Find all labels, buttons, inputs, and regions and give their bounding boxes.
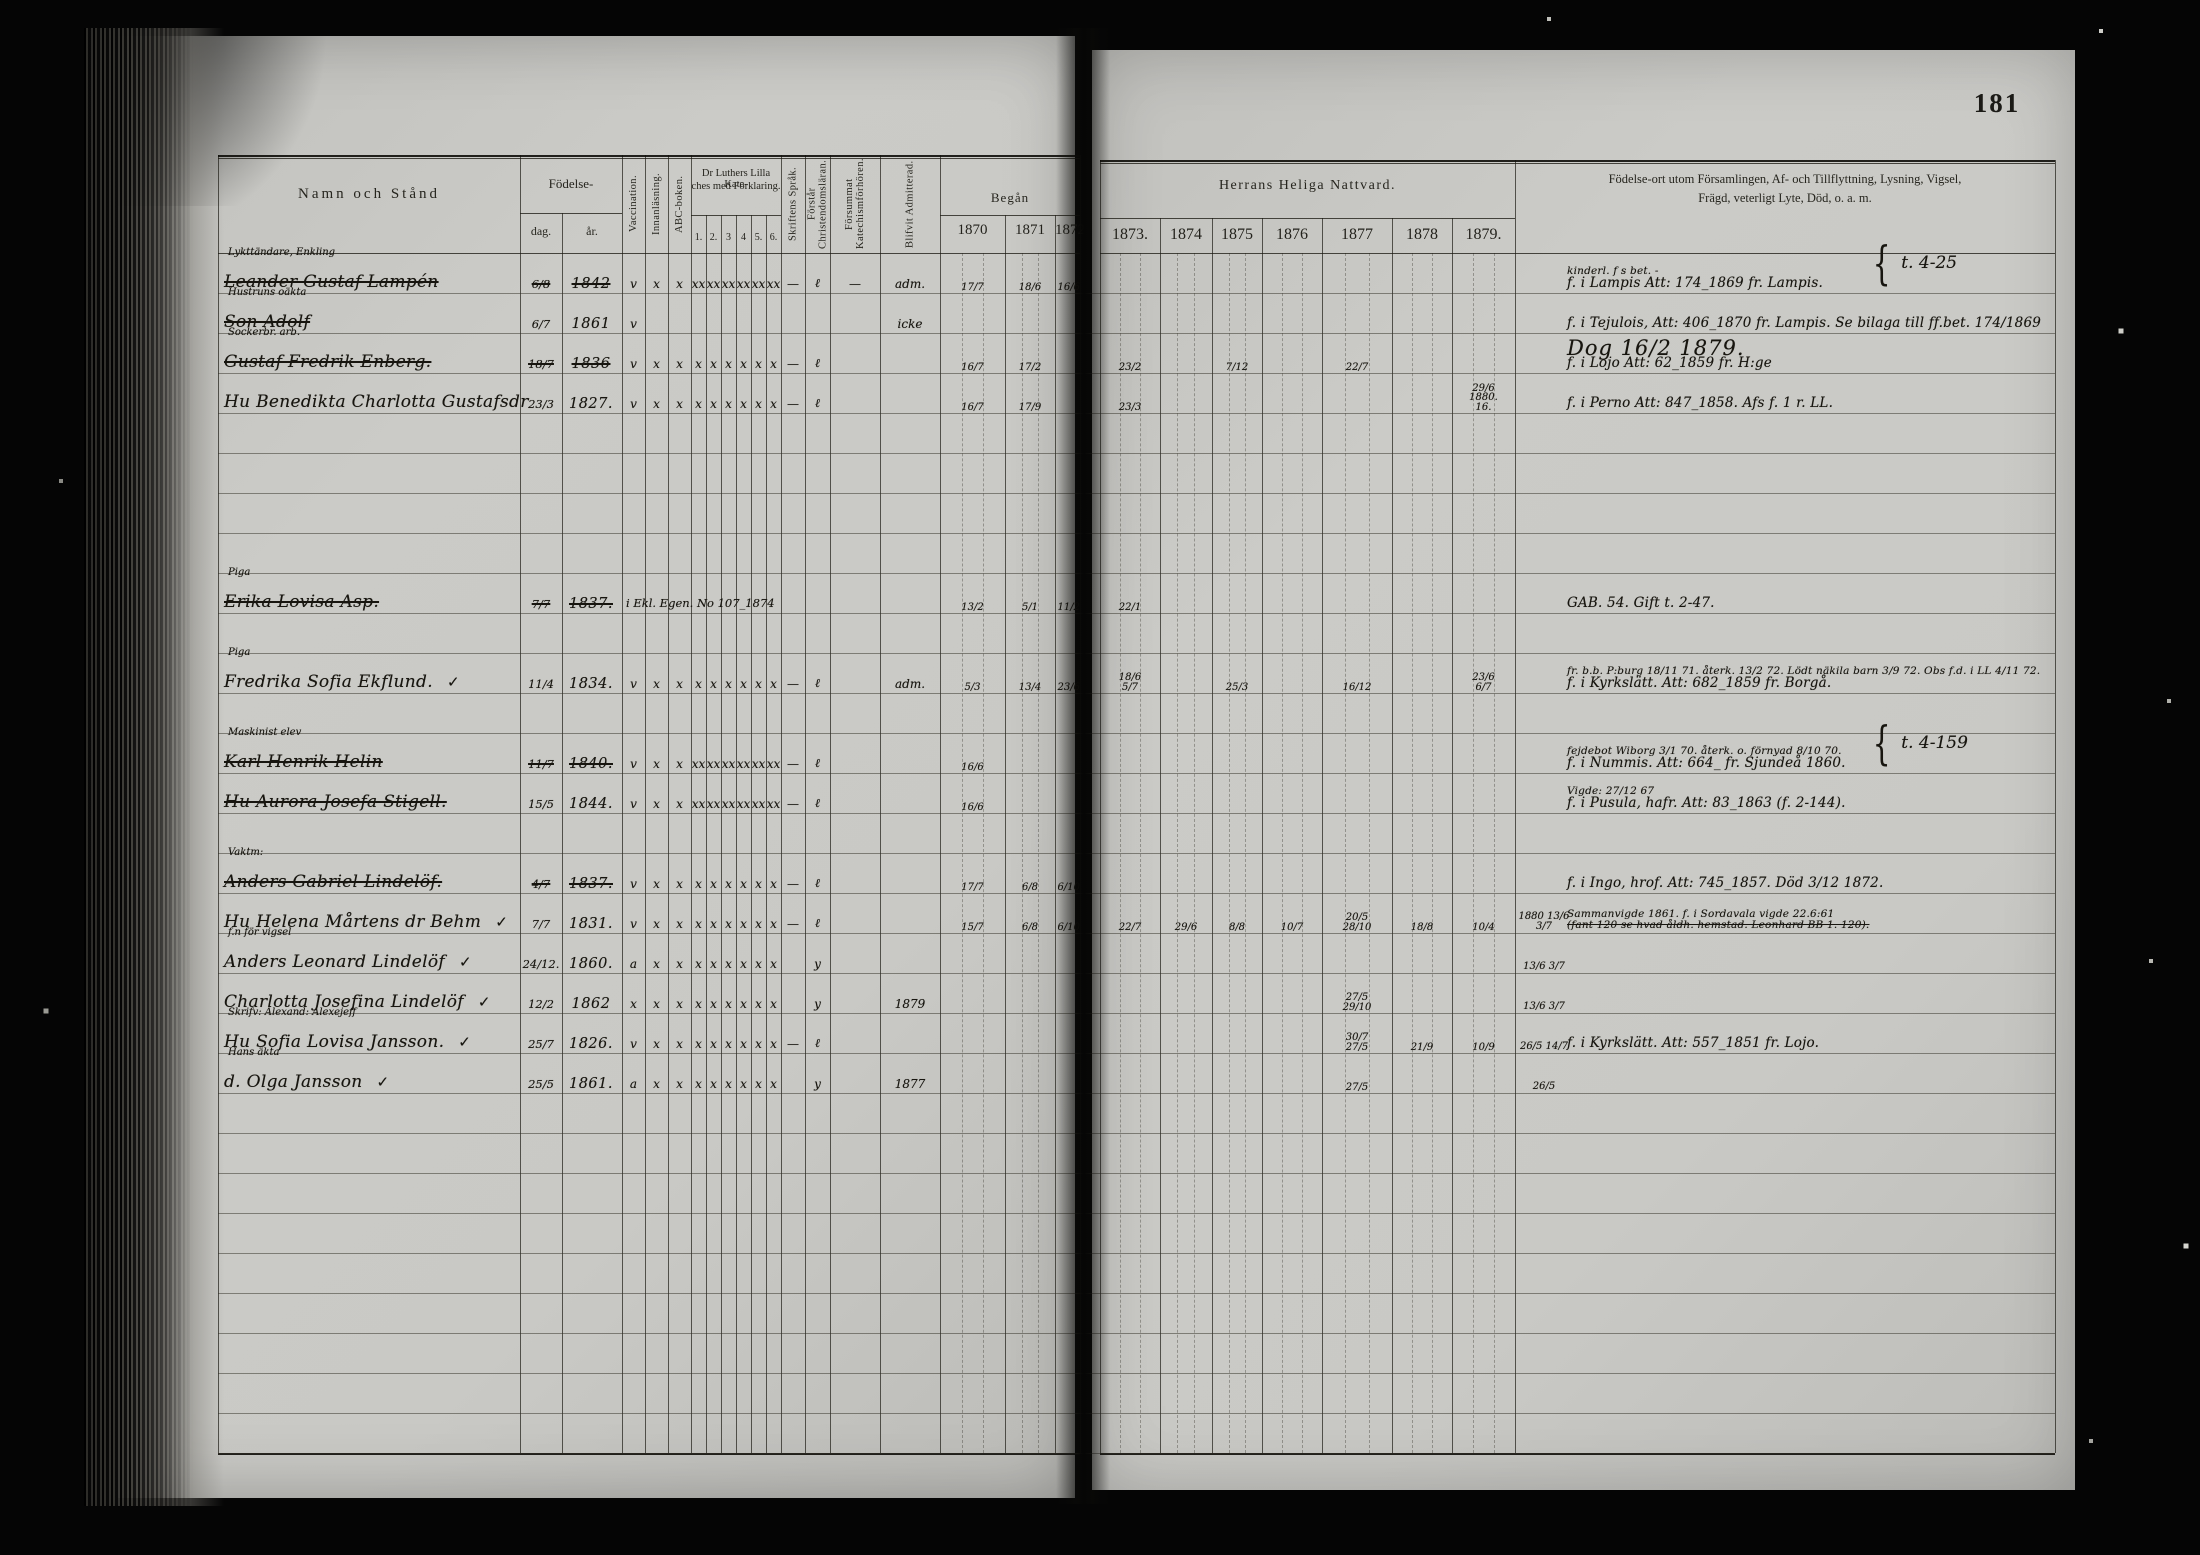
col-header-försummat-katechismförhören: Försummat Katechismförhören. <box>830 158 880 250</box>
mark-cell: x <box>721 877 736 891</box>
mark-cell: ℓ <box>805 1036 830 1051</box>
col-header-ar: år. <box>562 224 622 239</box>
communion-date: 17/9 <box>1017 403 1043 413</box>
grid-hline <box>691 215 781 216</box>
catechism-subcol-label: 6. <box>766 232 781 243</box>
communion-date: 10/7 <box>1274 923 1310 933</box>
mark-cell: adm. <box>880 277 940 291</box>
inline-note: i Ekl. Egen. No 107_1874 <box>626 596 936 610</box>
communion-date: 16/12 <box>1334 683 1380 693</box>
col-header-notes-line2: Frägd, veterligt Lyte, Död, o. a. m. <box>1515 191 2055 206</box>
check-mark-icon: ✓ <box>478 993 491 1011</box>
mark-cell: x <box>668 877 691 891</box>
notes-line: f. i Kyrkslätt. Att: 557_1851 fr. Lojo. <box>1567 1037 2050 1051</box>
catechism-subcol-label: 4 <box>736 232 751 243</box>
mark-cell: xx <box>766 797 781 811</box>
communion-date: 17/2 <box>1017 363 1043 373</box>
communion-date: 25/3 <box>1224 683 1250 693</box>
mark-cell: xx <box>691 757 706 771</box>
notes-cell: GAB. 54. Gift t. 2-47. <box>1515 573 2050 613</box>
birth-day: 4/7 <box>520 877 562 891</box>
communion-date: 18/8 <box>1404 923 1440 933</box>
record-row: f.n för vigselAnders Leonard Lindelöf✓24… <box>218 933 2055 974</box>
communion-date: 21/9 <box>1404 1043 1440 1053</box>
mark-cell: ℓ <box>805 876 830 891</box>
mark-cell: x <box>766 917 781 931</box>
record-row <box>218 693 2055 734</box>
birth-year: 1831. <box>562 916 620 932</box>
communion-date: 23/6 6/7 <box>1464 673 1503 692</box>
mark-cell: x <box>691 917 706 931</box>
mark-cell: x <box>645 1037 668 1051</box>
col-header-katekes-line2: ches med Förklaring. <box>691 181 781 192</box>
record-row: Hu Aurora Josefa Stigell.15/51844.vxxxxx… <box>218 773 2055 814</box>
mark-cell: x <box>668 997 691 1011</box>
notes-line: f. i Tejulois, Att: 406_1870 fr. Lampis.… <box>1567 317 2050 331</box>
catechism-subcol-label: 3 <box>721 232 736 243</box>
notes-line: GAB. 54. Gift t. 2-47. <box>1567 597 2050 611</box>
birth-year: 1861. <box>562 1076 620 1092</box>
mark-cell: x <box>691 997 706 1011</box>
occupation-label: Piga <box>228 647 250 658</box>
mark-cell: x <box>736 877 751 891</box>
birth-day: 25/5 <box>520 1077 562 1091</box>
communion-date-edge: 13/6 3/7 <box>1518 962 1570 972</box>
mark-cell: x <box>721 677 736 691</box>
grid-vline <box>2055 160 2056 1453</box>
record-row <box>218 613 2055 654</box>
mark-cell: x <box>691 397 706 411</box>
communion-date: 27/5 29/10 <box>1334 993 1380 1012</box>
communion-date: 29/6 1880. 16. <box>1464 384 1503 413</box>
mark-cell: x <box>668 957 691 971</box>
mark-cell: x <box>766 877 781 891</box>
mark-cell: v <box>622 1037 645 1051</box>
mark-cell: x <box>736 1077 751 1091</box>
communion-date: 10/4 <box>1464 923 1503 933</box>
person-name: Gustaf Fredrik Enberg. <box>224 352 431 372</box>
communion-date-edge: 13/6 3/7 <box>1518 1002 1570 1012</box>
birth-day: 7/7 <box>520 917 562 931</box>
mark-cell: x <box>706 357 721 371</box>
occupation-label: Skrifv: Alexand: Alexejeff <box>228 1007 356 1018</box>
birth-day: 11/7 <box>520 757 562 771</box>
notes-cell: f. i Kyrkslätt. Att: 557_1851 fr. Lojo. <box>1515 1013 2050 1053</box>
mark-cell: xx <box>736 797 751 811</box>
mark-cell: ℓ <box>805 916 830 931</box>
brace-icon: { <box>1873 243 1891 283</box>
grid-hline <box>1100 163 2055 164</box>
check-mark-icon: ✓ <box>459 953 472 971</box>
mark-cell: x <box>766 997 781 1011</box>
mark-cell: x <box>668 277 691 291</box>
mark-cell: ℓ <box>805 796 830 811</box>
person-name: Hu Benedikta Charlotta Gustafsdr <box>224 392 529 412</box>
birth-day: 6/8 <box>520 277 562 291</box>
page-number: 181 <box>1952 88 2042 119</box>
mark-cell: x <box>736 1037 751 1051</box>
mark-cell: x <box>721 1037 736 1051</box>
book-spine-edge <box>84 28 224 1506</box>
birth-year: 1827. <box>562 396 620 412</box>
mark-cell: — <box>781 277 805 291</box>
mark-cell: xx <box>721 277 736 291</box>
mark-cell: v <box>622 677 645 691</box>
mark-cell: xx <box>691 797 706 811</box>
mark-cell: x <box>622 997 645 1011</box>
mark-cell: x <box>721 957 736 971</box>
notes-cell: f. i Perno Att: 847_1858. Afs f. 1 r. LL… <box>1515 373 2050 413</box>
mark-cell: x <box>645 277 668 291</box>
year-label: 1870 <box>940 222 1005 239</box>
mark-cell: x <box>645 877 668 891</box>
grid-hline <box>1100 218 1515 219</box>
mark-cell: a <box>622 1077 645 1091</box>
mark-cell: xx <box>736 277 751 291</box>
occupation-label: Hans äkta <box>228 1047 279 1058</box>
birth-year: 1837. <box>562 876 620 892</box>
birth-year: 1840. <box>562 756 620 772</box>
notes-cell: f. i Tejulois, Att: 406_1870 fr. Lampis.… <box>1515 293 2050 333</box>
mark-cell: v <box>622 317 645 331</box>
mark-cell: xx <box>766 757 781 771</box>
mark-cell: x <box>691 957 706 971</box>
notes-brace-value: t. 4-159 <box>1901 733 1968 753</box>
birth-day: 11/4 <box>520 677 562 691</box>
mark-cell: — <box>781 797 805 811</box>
record-row <box>218 1333 2055 1374</box>
mark-cell: xx <box>706 797 721 811</box>
notes-cell: f. i Ingo, hrof. Att: 745_1857. Död 3/12… <box>1515 853 2050 893</box>
mark-cell: v <box>622 277 645 291</box>
mark-cell: xx <box>736 757 751 771</box>
communion-date: 23/2 <box>1112 363 1148 373</box>
mark-cell: x <box>751 677 766 691</box>
mark-cell: x <box>668 677 691 691</box>
mark-cell: y <box>805 957 830 971</box>
mark-cell: v <box>622 797 645 811</box>
record-row <box>218 1093 2055 1134</box>
mark-cell: x <box>751 917 766 931</box>
col-header-herrans-heliga-nattvard: Herrans Heliga Nattvard. <box>1100 178 1515 194</box>
notes-cell: kinderl. f s bet. -f. i Lampis Att: 174_… <box>1515 253 2050 293</box>
person-name: Fredrika Sofia Ekflund.✓ <box>224 672 460 692</box>
notes-cell: fejdebot Wiborg 3/1 70. återk. o. förnya… <box>1515 733 2050 773</box>
mark-cell: x <box>668 397 691 411</box>
communion-date: 6/8 <box>1017 923 1043 933</box>
birth-year: 1862 <box>562 996 620 1012</box>
birth-day: 24/12. <box>520 957 562 971</box>
mark-cell: x <box>706 1037 721 1051</box>
notes-line: f. i Kyrkslätt. Att: 682_1859 fr. Borgå. <box>1567 677 2050 691</box>
mark-cell: v <box>622 917 645 931</box>
birth-year: 1844. <box>562 796 620 812</box>
birth-day: 15/5 <box>520 797 562 811</box>
mark-cell: x <box>736 917 751 931</box>
notes-line: f. i Lojo Att: 62_1859 fr. H:ge <box>1567 357 2050 371</box>
notes-line: f. i Pusula, hafr. Att: 83_1863 (f. 2-14… <box>1567 797 2050 811</box>
notes-line: Sammanvigde 1861. f. i Sordavala vigde 2… <box>1567 909 2050 920</box>
birth-day: 12/2 <box>520 997 562 1011</box>
mark-cell: xx <box>751 797 766 811</box>
birth-day: 23/3 <box>520 397 562 411</box>
mark-cell: v <box>622 757 645 771</box>
catechism-subcol-label: 2. <box>706 232 721 243</box>
mark-cell: x <box>645 357 668 371</box>
mark-cell: x <box>766 1037 781 1051</box>
occupation-label: Vaktm: <box>228 847 263 858</box>
mark-cell: x <box>706 397 721 411</box>
record-row <box>218 1293 2055 1334</box>
notes-brace-value: t. 4-25 <box>1901 253 1957 273</box>
mark-cell: x <box>668 917 691 931</box>
binding-gutter-shadow <box>1056 28 1110 1504</box>
mark-cell: — <box>781 1037 805 1051</box>
record-row: Hustruns oäktaSon Adolf6/71861vickef. i … <box>218 293 2055 334</box>
col-header-abc-boken: ABC-boken. <box>668 158 691 250</box>
person-name: Anders Gabriel Lindelöf. <box>224 872 442 892</box>
record-row <box>218 493 2055 534</box>
record-row <box>218 533 2055 574</box>
mark-cell: xx <box>751 757 766 771</box>
record-row <box>218 813 2055 854</box>
col-header-blifvit-admitterad: Blifvit Admitterad. <box>880 158 940 250</box>
mark-cell: x <box>736 957 751 971</box>
communion-date: 13/4 <box>1017 683 1043 693</box>
mark-cell: x <box>736 997 751 1011</box>
notes-cell: Dog 16/2 1879.f. i Lojo Att: 62_1859 fr.… <box>1515 333 2050 373</box>
record-row <box>218 1173 2055 1214</box>
record-row: Sockerbr. arb.Gustaf Fredrik Enberg.18/7… <box>218 333 2055 374</box>
birth-day: 25/7 <box>520 1037 562 1051</box>
mark-cell: — <box>781 757 805 771</box>
year-label: 1878 <box>1392 226 1452 244</box>
mark-cell: x <box>645 757 668 771</box>
communion-date: 18/6 5/7 <box>1112 673 1148 692</box>
mark-cell: ℓ <box>805 396 830 411</box>
mark-cell: y <box>805 1077 830 1091</box>
birth-year: 1836 <box>562 356 620 372</box>
record-row <box>218 1413 2055 1454</box>
mark-cell: x <box>766 677 781 691</box>
record-row: Hu Benedikta Charlotta Gustafsdr23/31827… <box>218 373 2055 414</box>
mark-cell: x <box>668 797 691 811</box>
person-name: Hu Aurora Josefa Stigell. <box>224 792 447 812</box>
communion-date: 16/6 <box>952 763 993 773</box>
record-row <box>218 453 2055 494</box>
mark-cell: xx <box>721 797 736 811</box>
grid-hline <box>520 213 622 214</box>
mark-cell: x <box>766 957 781 971</box>
mark-cell: x <box>691 877 706 891</box>
notes-line: f. i Nummis. Att: 664_ fr. Sjundeå 1860. <box>1567 757 2050 771</box>
mark-cell: x <box>645 797 668 811</box>
mark-cell: x <box>668 357 691 371</box>
birth-day: 18/7 <box>520 357 562 371</box>
person-name: Erika Lovisa Asp. <box>224 592 379 612</box>
year-label: 1877 <box>1322 226 1392 244</box>
mark-cell: a <box>622 957 645 971</box>
notes-line: f. i Ingo, hrof. Att: 745_1857. Död 3/12… <box>1567 877 2050 891</box>
person-name: d. Olga Jansson✓ <box>224 1072 389 1092</box>
communion-date: 22/7 <box>1112 923 1148 933</box>
col-header-skriftens-språk: Skriftens Språk. <box>781 158 805 250</box>
mark-cell: ℓ <box>805 676 830 691</box>
year-label: 1871 <box>1005 222 1055 239</box>
mark-cell: — <box>781 877 805 891</box>
mark-cell: x <box>766 1077 781 1091</box>
record-rows: Lykttändare, EnklingLeander Gustaf Lampé… <box>218 253 2055 1453</box>
mark-cell: x <box>706 1077 721 1091</box>
communion-date: 13/2 <box>952 603 993 613</box>
mark-cell: x <box>645 1077 668 1091</box>
year-label: 1875 <box>1212 226 1262 244</box>
mark-cell: x <box>668 1037 691 1051</box>
scanned-church-record-page: Namn och Stånd Födelse- dag. år. Dr Luth… <box>0 0 2200 1555</box>
occupation-label: f.n för vigsel <box>228 927 291 938</box>
mark-cell: — <box>781 677 805 691</box>
mark-cell: ℓ <box>805 756 830 771</box>
notes-cell: Vigde: 27/12 67f. i Pusula, hafr. Att: 8… <box>1515 773 2050 813</box>
birth-year: 1837. <box>562 596 620 612</box>
communion-date-edge: 26/5 <box>1518 1082 1570 1092</box>
birth-year: 1826. <box>562 1036 620 1052</box>
mark-cell: adm. <box>880 677 940 691</box>
year-label: 1879. <box>1452 226 1515 244</box>
record-row: PigaErika Lovisa Asp.7/71837.13/25/111/2… <box>218 573 2055 614</box>
mark-cell: x <box>751 957 766 971</box>
mark-cell: v <box>622 877 645 891</box>
record-row: Charlotta Josefina Lindelöf✓12/21862xxxx… <box>218 973 2055 1014</box>
check-mark-icon: ✓ <box>495 913 508 931</box>
mark-cell: xx <box>706 277 721 291</box>
grid-hline <box>1100 160 2055 162</box>
birth-year: 1834. <box>562 676 620 692</box>
birth-day: 6/7 <box>520 317 562 331</box>
communion-date: 5/1 <box>1017 603 1043 613</box>
brace-icon: { <box>1873 723 1891 763</box>
mark-cell: x <box>691 1077 706 1091</box>
birth-year: 1861 <box>562 316 620 332</box>
communion-date: 22/1 <box>1112 603 1148 613</box>
mark-cell: x <box>691 1037 706 1051</box>
mark-cell: x <box>751 997 766 1011</box>
notes-line: f. i Lampis Att: 174_1869 fr. Lampis. <box>1567 277 2050 291</box>
mark-cell: — <box>781 357 805 371</box>
mark-cell: v <box>622 397 645 411</box>
mark-cell: x <box>751 1037 766 1051</box>
communion-date: 18/6 <box>1017 283 1043 293</box>
mark-cell: x <box>668 757 691 771</box>
mark-cell: xx <box>691 277 706 291</box>
birth-day: 7/7 <box>520 597 562 611</box>
grid-hline <box>218 155 1080 157</box>
communion-date: 20/5 28/10 <box>1334 913 1380 932</box>
occupation-label: Hustruns oäkta <box>228 287 306 298</box>
col-header-namn-och-stand: Namn och Stånd <box>218 186 520 203</box>
mark-cell: — <box>830 277 880 291</box>
mark-cell: x <box>668 1077 691 1091</box>
mark-cell: x <box>721 997 736 1011</box>
mark-cell: x <box>645 997 668 1011</box>
birth-year: 1860. <box>562 956 620 972</box>
col-header-notes-line1: Födelse-ort utom Församlingen, Af- och T… <box>1515 172 2055 187</box>
mark-cell: x <box>706 877 721 891</box>
scan-dust-specks <box>0 0 2 2</box>
col-header-vaccination: Vaccination. <box>622 158 645 250</box>
mark-cell: v <box>622 357 645 371</box>
year-label: 1874 <box>1160 226 1212 244</box>
notes-line: f. i Perno Att: 847_1858. Afs f. 1 r. LL… <box>1567 397 2050 411</box>
mark-cell: x <box>645 917 668 931</box>
check-mark-icon: ✓ <box>447 673 460 691</box>
mark-cell: x <box>645 957 668 971</box>
mark-cell: — <box>781 397 805 411</box>
check-mark-icon: ✓ <box>458 1033 471 1051</box>
mark-cell: x <box>736 677 751 691</box>
communion-date: 5/3 <box>952 683 993 693</box>
mark-cell: 1877 <box>880 1077 940 1091</box>
person-name: Karl Henrik Helin <box>224 752 383 772</box>
record-row: Vaktm:Anders Gabriel Lindelöf.4/71837.vx… <box>218 853 2055 894</box>
mark-cell: xx <box>706 757 721 771</box>
mark-cell: x <box>706 997 721 1011</box>
record-row: Hans äktad. Olga Jansson✓25/51861.axxxxx… <box>218 1053 2055 1094</box>
record-row: Hu Helena Mårtens dr Behm✓7/71831.vxxxxx… <box>218 893 2055 934</box>
mark-cell: 1879 <box>880 997 940 1011</box>
mark-cell: xx <box>721 757 736 771</box>
mark-cell: x <box>751 877 766 891</box>
record-row <box>218 1133 2055 1174</box>
mark-cell: x <box>721 357 736 371</box>
mark-cell: ℓ <box>805 276 830 291</box>
communion-date: 17/7 <box>952 283 993 293</box>
year-label: 1876 <box>1262 226 1322 244</box>
communion-date: 29/6 <box>1172 923 1200 933</box>
record-row: PigaFredrika Sofia Ekflund.✓11/41834.vxx… <box>218 653 2055 694</box>
mark-cell: icke <box>880 317 940 331</box>
catechism-subcol-label: 1. <box>691 232 706 243</box>
record-row: Maskinist elevKarl Henrik Helin11/71840.… <box>218 733 2055 774</box>
communion-date: 16/7 <box>952 363 993 373</box>
notes-brace: {t. 4-159 <box>1867 723 1968 763</box>
communion-date: 8/8 <box>1224 923 1250 933</box>
communion-date: 6/8 <box>1017 883 1043 893</box>
communion-date: 27/5 <box>1334 1083 1380 1093</box>
notes-brace: {t. 4-25 <box>1867 243 1957 283</box>
communion-date: 23/3 <box>1112 403 1148 413</box>
mark-cell: x <box>736 357 751 371</box>
mark-cell: x <box>706 917 721 931</box>
mark-cell: x <box>736 397 751 411</box>
record-row <box>218 1373 2055 1414</box>
communion-date: 30/7 27/5 <box>1334 1033 1380 1052</box>
communion-date: 16/6 <box>952 803 993 813</box>
person-name: Anders Leonard Lindelöf✓ <box>224 952 472 972</box>
mark-cell: x <box>751 357 766 371</box>
mark-cell: x <box>751 1077 766 1091</box>
occupation-label: Sockerbr. arb. <box>228 327 300 338</box>
check-mark-icon: ✓ <box>377 1073 390 1091</box>
record-row <box>218 1253 2055 1294</box>
birth-year: 1842 <box>562 276 620 292</box>
record-row: Lykttändare, EnklingLeander Gustaf Lampé… <box>218 253 2055 294</box>
mark-cell: xx <box>751 277 766 291</box>
occupation-label: Piga <box>228 567 250 578</box>
communion-date: 16/7 <box>952 403 993 413</box>
mark-cell: x <box>706 957 721 971</box>
mark-cell: x <box>706 677 721 691</box>
